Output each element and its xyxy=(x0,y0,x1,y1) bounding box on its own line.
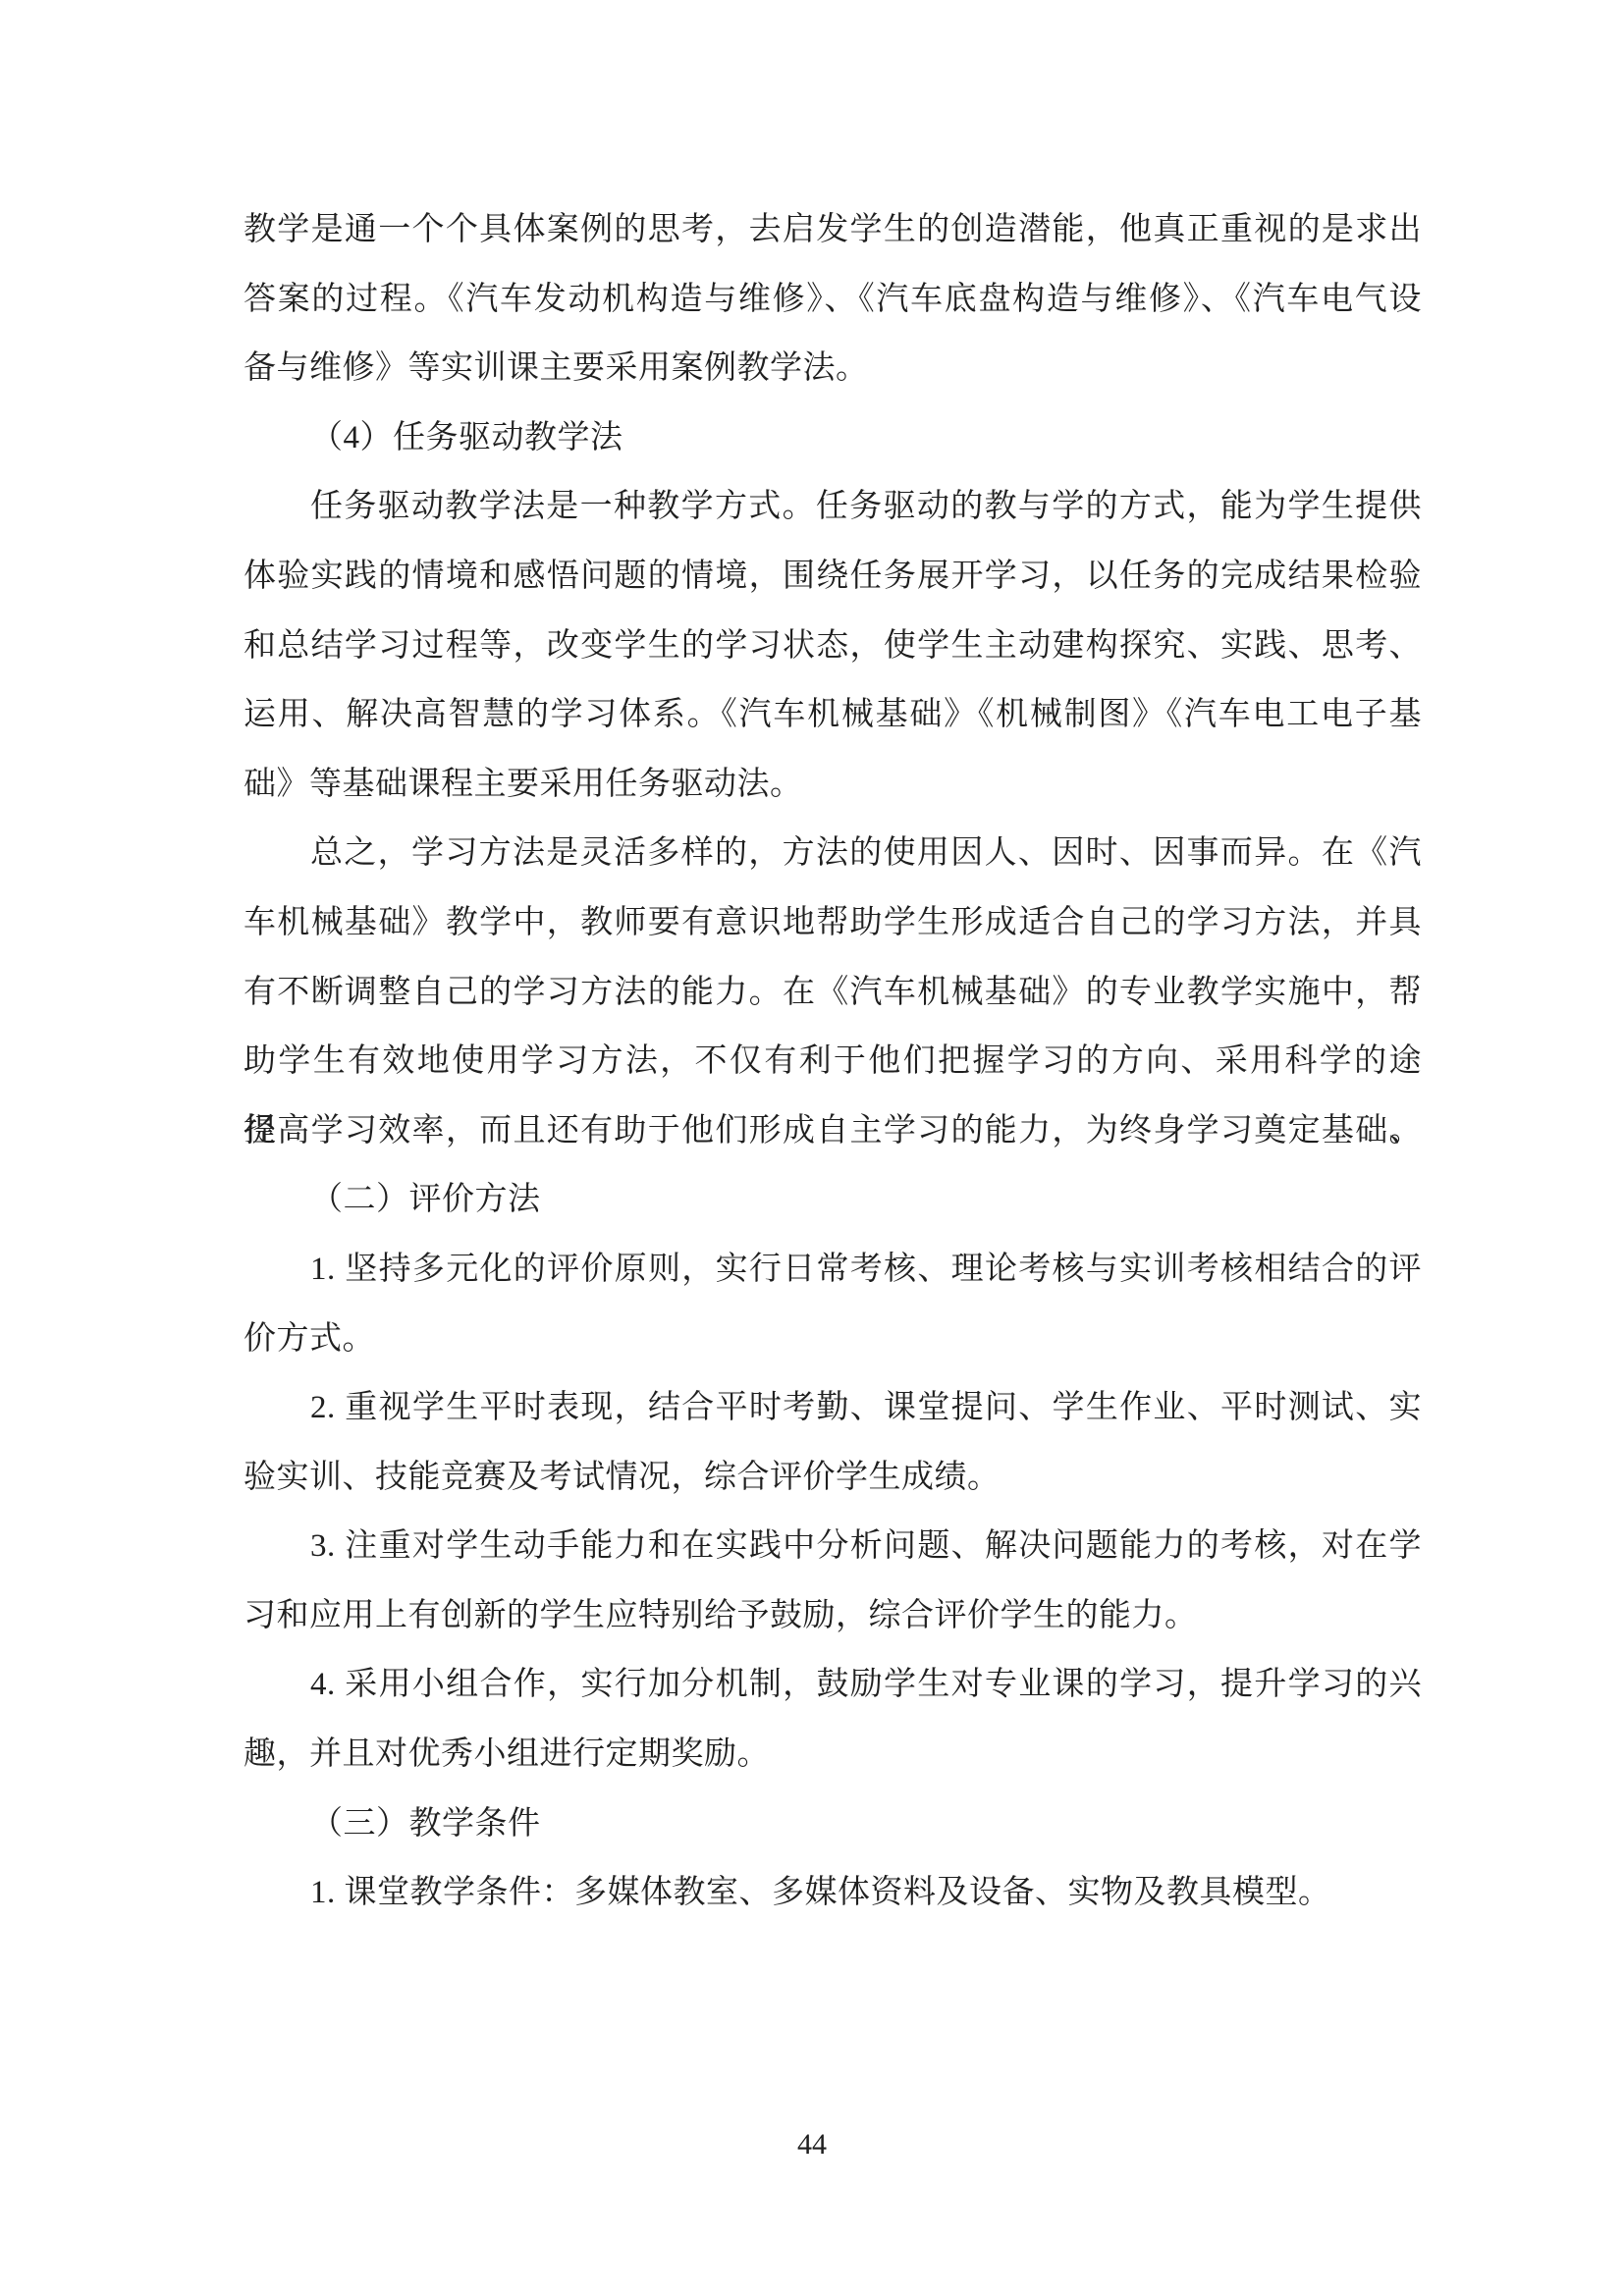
text-block: 教学是通一个个具体案例的思考，去启发学生的创造潜能，他真正重视的是求出 答案的过… xyxy=(244,195,1422,1928)
text-line: 3. 注重对学生动手能力和在实践中分析问题、解决问题能力的考核，对在学 xyxy=(244,1512,1422,1581)
text-line: 和总结学习过程等，改变学生的学习状态，使学生主动建构探究、实践、思考、 xyxy=(244,612,1422,681)
text-line heading-line: （三）教学条件 xyxy=(244,1789,1422,1859)
text-line: 教学是通一个个具体案例的思考，去启发学生的创造潜能，他真正重视的是求出 xyxy=(244,195,1422,265)
document-page: { "doc": { "page_number": "44", "lines":… xyxy=(0,0,1624,2296)
text-line: 有不断调整自己的学习方法的能力。在《汽车机械基础》的专业教学实施中，帮 xyxy=(244,958,1422,1028)
page-number: 44 xyxy=(797,2128,827,2161)
text-line: 提高学习效率，而且还有助于他们形成自主学习的能力，为终身学习奠定基础。 xyxy=(244,1096,1422,1166)
text-line: 1. 课堂教学条件：多媒体教室、多媒体资料及设备、实物及教具模型。 xyxy=(244,1858,1422,1928)
text-line: 助学生有效地使用学习方法，不仅有利于他们把握学习的方向、采用科学的途径、 xyxy=(244,1027,1422,1096)
text-line: 趣，并且对优秀小组进行定期奖励。 xyxy=(244,1720,1422,1789)
text-line heading-line: （二）评价方法 xyxy=(244,1165,1422,1235)
text-line: 习和应用上有创新的学生应特别给予鼓励，综合评价学生的能力。 xyxy=(244,1581,1422,1651)
text-line: 体验实践的情境和感悟问题的情境，围绕任务展开学习，以任务的完成结果检验 xyxy=(244,542,1422,612)
text-line heading-line: （4）任务驱动教学法 xyxy=(244,403,1422,473)
text-line: 任务驱动教学法是一种教学方式。任务驱动的教与学的方式，能为学生提供 xyxy=(244,472,1422,542)
text-line: 运用、解决高智慧的学习体系。《汽车机械基础》《机械制图》《汽车电工电子基 xyxy=(244,680,1422,750)
text-line: 验实训、技能竞赛及考试情况，综合评价学生成绩。 xyxy=(244,1443,1422,1513)
text-line: 2. 重视学生平时表现，结合平时考勤、课堂提问、学生作业、平时测试、实 xyxy=(244,1373,1422,1443)
text-line: 1. 坚持多元化的评价原则，实行日常考核、理论考核与实训考核相结合的评 xyxy=(244,1235,1422,1305)
text-line: 总之，学习方法是灵活多样的，方法的使用因人、因时、因事而异。在《汽 xyxy=(244,819,1422,888)
text-line: 备与维修》等实训课主要采用案例教学法。 xyxy=(244,334,1422,403)
text-line: 础》等基础课程主要采用任务驱动法。 xyxy=(244,750,1422,820)
page-footer: 44 xyxy=(0,2126,1624,2163)
text-line: 4. 采用小组合作，实行加分机制，鼓励学生对专业课的学习，提升学习的兴 xyxy=(244,1650,1422,1720)
text-line: 车机械基础》教学中，教师要有意识地帮助学生形成适合自己的学习方法，并具 xyxy=(244,888,1422,958)
text-line: 答案的过程。《汽车发动机构造与维修》、《汽车底盘构造与维修》、《汽车电气设 xyxy=(244,265,1422,335)
page: 教学是通一个个具体案例的思考，去启发学生的创造潜能，他真正重视的是求出 答案的过… xyxy=(0,0,1624,2296)
text-line: 价方式。 xyxy=(244,1305,1422,1374)
